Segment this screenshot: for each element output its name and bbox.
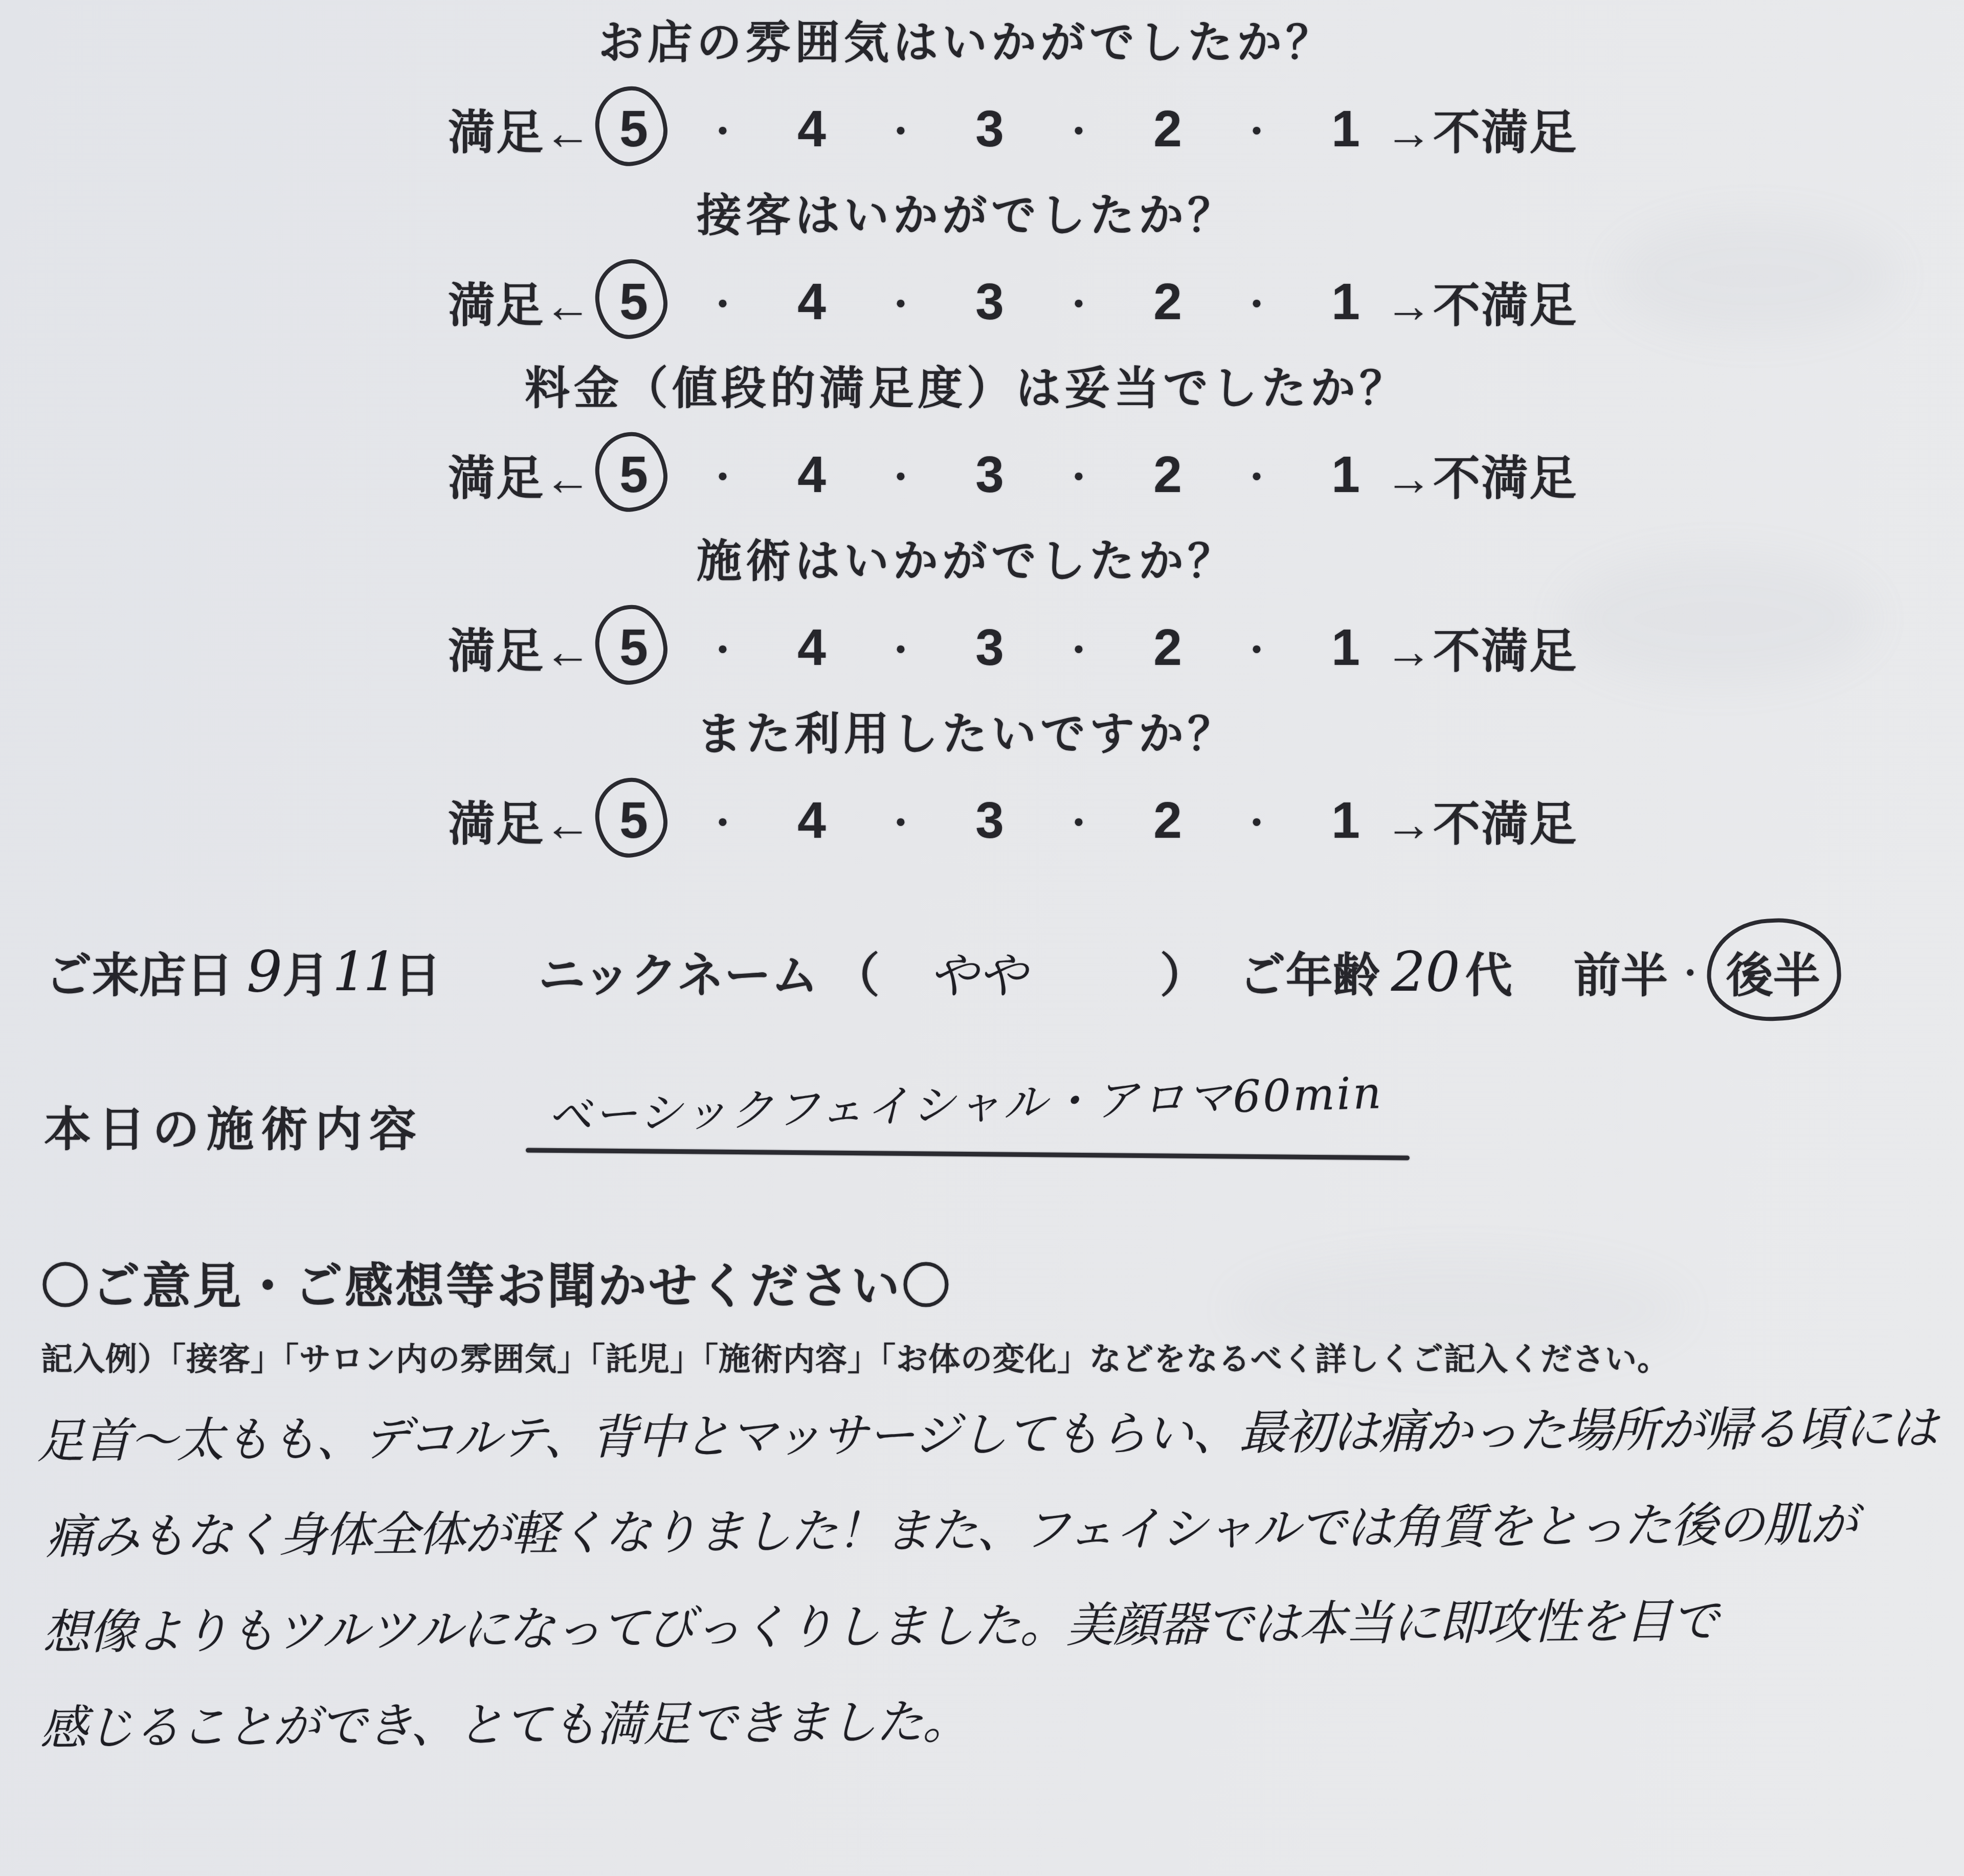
scale-option: 4 [794,100,830,159]
rating-scale-row: 満足←5・4・3・2・1→不満足 [31,599,1964,696]
nickname-paren-close: ） [1160,938,1207,1006]
satisfied-label-with-arrow: 満足← [448,614,592,681]
rating-scale-row: 満足←5・4・3・2・1→不満足 [31,772,1964,868]
scale-separator-dot: ・ [883,276,919,328]
rating-scale-row: 満足←5・4・3・2・1→不満足 [31,81,1964,177]
survey-form-page: お店の雰囲気はいかがでしたか？満足←5・4・3・2・1→不満足接客はいかがでした… [0,0,1964,1876]
scale-option: 4 [794,445,830,504]
scale-separator-dot: ・ [705,276,741,328]
scale-option: 3 [972,618,1008,677]
treatment-value-handwritten: ベーシックフェイシャル・アロマ60min [547,1057,1384,1144]
feedback-heading: 〇ご意見・ご感想等お聞かせください〇 [41,1248,952,1317]
visit-date-label: ご来店日 [45,938,233,1006]
scale-option-selected-circled: 5 [616,618,652,677]
scale-option: 4 [794,273,830,331]
age-second-half-option-circled: 後半 [1713,936,1834,1008]
age-label: ご年齢 [1239,938,1380,1006]
scale-separator-dot: ・ [1239,276,1275,328]
question-block: また利用したいですか？満足←5・4・3・2・1→不満足 [0,696,1964,868]
satisfied-label-with-arrow: 満足← [448,268,592,336]
age-first-half-option: 前半 [1574,938,1668,1006]
scale-option: 1 [1328,100,1364,159]
question-title: 施術はいかがでしたか？ [0,523,1949,599]
scale-option: 1 [1328,791,1364,850]
nickname-paren-open: （ [833,938,880,1006]
comment-line: 足首〜太もも、デコルテ、背中とマッサージしてもらい、最初は痛かった場所が帰る頃に… [36,1380,1945,1489]
scale-separator-dot: ・ [883,622,919,674]
scale-separator-dot: ・ [705,622,741,674]
scale-option: 2 [1150,791,1186,850]
scale-option-selected-circled: 5 [616,791,652,850]
scale-separator-dot: ・ [1239,103,1275,155]
satisfied-label-with-arrow: 満足← [448,787,592,854]
scale-option: 2 [1150,445,1186,504]
question-title: 料金（値段的満足度）は妥当でしたか？ [0,350,1949,427]
scale-separator-dot: ・ [705,103,741,155]
scale-option: 2 [1150,618,1186,677]
month-unit: 月 [282,938,329,1006]
scale-separator-dot: ・ [1239,795,1275,846]
age-unit: 代 [1465,938,1512,1006]
scale-option: 2 [1150,100,1186,159]
scale-option: 1 [1328,618,1364,677]
question-block: お店の雰囲気はいかがでしたか？満足←5・4・3・2・1→不満足 [0,4,1964,177]
scale-separator-dot: ・ [883,449,919,501]
scale-option-selected-circled: 5 [616,273,652,331]
scale-separator-dot: ・ [1061,276,1097,328]
scale-option: 2 [1150,273,1186,331]
scale-option: 3 [972,100,1008,159]
day-unit: 日 [394,938,441,1006]
scale-separator-dot: ・ [705,795,741,846]
scale-separator-dot: ・ [1061,622,1097,674]
nickname-value: やや [929,937,1027,1007]
scale-option: 3 [972,273,1008,331]
scale-separator-dot: ・ [883,103,919,155]
scale-option: 3 [972,791,1008,850]
unsatisfied-label-with-arrow: →不満足 [1385,614,1577,681]
scale-option: 4 [794,791,830,850]
scale-option-selected-circled: 5 [616,100,652,159]
rating-scale-row: 満足←5・4・3・2・1→不満足 [31,427,1964,523]
unsatisfied-label-with-arrow: →不満足 [1385,787,1577,854]
rating-questions-section: お店の雰囲気はいかがでしたか？満足←5・4・3・2・1→不満足接客はいかがでした… [0,4,1964,868]
comment-line: 想像よりもツルツルになってびっくりしました。美顔器では本当に即攻性を目で [42,1572,1950,1681]
scale-separator-dot: ・ [705,449,741,501]
feedback-hint: 記入例）「接客」「サロン内の雰囲気」「託児」「施術内容」「お体の変化」などをなる… [41,1334,1669,1379]
comment-line: 痛みもなく身体全体が軽くなりました！また、フェイシャルでは角質をとった後の肌が [46,1476,1954,1585]
half-separator-dot: ・ [1675,950,1706,994]
scale-option: 1 [1328,273,1364,331]
scale-option: 4 [794,618,830,677]
question-title: お店の雰囲気はいかがでしたか？ [0,4,1949,81]
question-title: また利用したいですか？ [0,696,1949,772]
visit-day-value: 11 [332,941,394,1003]
scale-separator-dot: ・ [883,795,919,846]
question-title: 接客はいかがでしたか？ [0,177,1949,254]
feedback-comment-handwritten: 足首〜太もも、デコルテ、背中とマッサージしてもらい、最初は痛かった場所が帰る頃に… [36,1380,1947,1776]
question-block: 接客はいかがでしたか？満足←5・4・3・2・1→不満足 [0,177,1964,350]
scale-separator-dot: ・ [1239,622,1275,674]
scale-separator-dot: ・ [1061,103,1097,155]
treatment-label: 本日の施術内容 [44,1092,423,1159]
question-block: 料金（値段的満足度）は妥当でしたか？満足←5・4・3・2・1→不満足 [0,350,1964,523]
satisfied-label-with-arrow: 満足← [448,95,592,163]
comment-line: 感じることができ、とても満足できました。 [39,1667,1948,1776]
scale-option: 3 [972,445,1008,504]
visitor-info-row: ご来店日9月11日 ニックネーム（やや） ご年齢20代 前半・後半 [0,921,1964,1023]
unsatisfied-label-with-arrow: →不満足 [1385,95,1577,163]
scale-separator-dot: ・ [1061,449,1097,501]
unsatisfied-label-with-arrow: →不満足 [1385,441,1577,508]
rating-scale-row: 満足←5・4・3・2・1→不満足 [31,254,1964,350]
scale-option-selected-circled: 5 [616,445,652,504]
unsatisfied-label-with-arrow: →不満足 [1385,268,1577,336]
nickname-label: ニックネーム [538,938,818,1006]
treatment-underline [526,1148,1410,1160]
visit-month-value: 9 [247,939,282,1004]
satisfied-label-with-arrow: 満足← [448,441,592,508]
scale-separator-dot: ・ [1239,449,1275,501]
scale-option: 1 [1328,445,1364,504]
age-value: 20 [1391,941,1460,1003]
question-block: 施術はいかがでしたか？満足←5・4・3・2・1→不満足 [0,523,1964,696]
scale-separator-dot: ・ [1061,795,1097,846]
